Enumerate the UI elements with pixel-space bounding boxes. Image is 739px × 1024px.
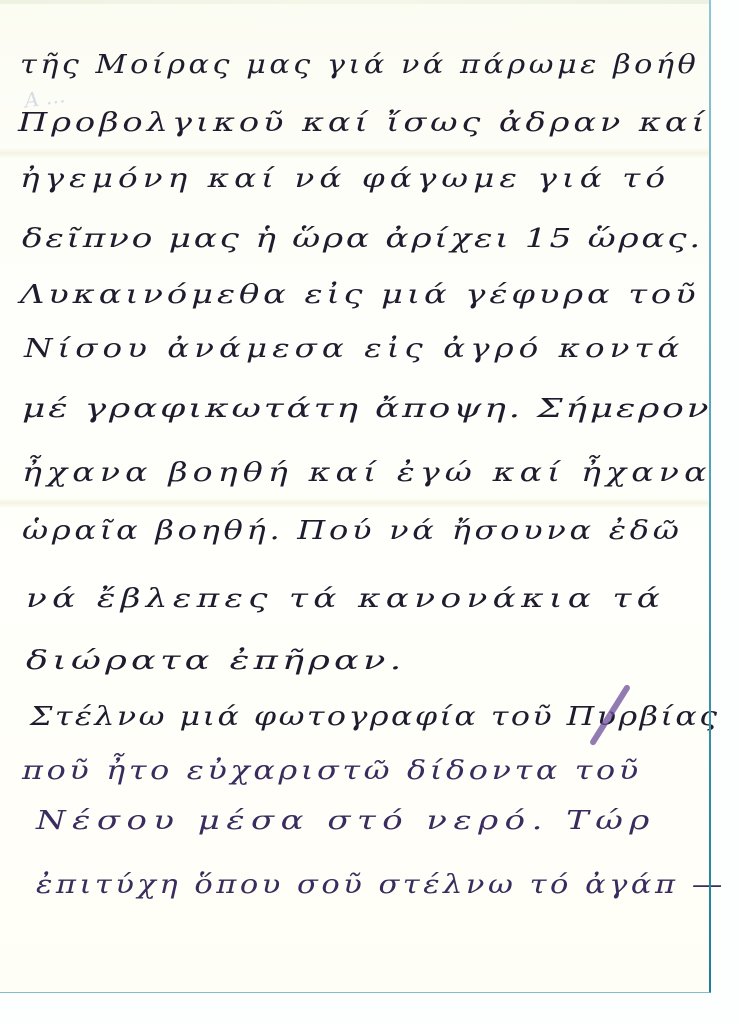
text-line-4: δεῖπνο μας ἡ ὥρα ἀρίχει 15 ὥρας.: [22, 226, 703, 252]
paper-top-edge: [0, 0, 709, 4]
text-line-13: ποῦ ἦτο εὐχαριστῶ δίδοντα τοῦ: [22, 758, 642, 784]
paper-fold-line: [0, 498, 709, 508]
text-line-5: Λυκαινόμεθα εἰς μιά γέφυρα τοῦ: [20, 282, 700, 308]
text-line-10: νά ἔβλεπες τά κανονάκια τά: [26, 586, 665, 612]
text-line-7: μέ γραφικωτάτη ἄποψη. Σήμερον: [22, 396, 711, 422]
paper-fold-line: [0, 148, 709, 158]
text-line-11: διώρατα ἐπῆραν.: [26, 648, 406, 674]
text-line-8: ἦχανα βοηθή καί ἐγώ καί ἦχανα: [22, 460, 712, 486]
text-line-2: Προβολγικοῦ καί ἴσως ἀδραν καί: [18, 110, 709, 136]
letter-page: Α … τῆς Μοίρας μας γιά νά πάρωμε βοήθ Πρ…: [0, 0, 711, 993]
text-line-15: ἐπιτύχη ὅπου σοῦ στέλνω τό ἀγάπ —: [36, 872, 726, 898]
text-line-1: τῆς Μοίρας μας γιά νά πάρωμε βοήθ: [20, 52, 699, 78]
text-line-14: Νέσου μέσα στό νερό. Τώρ: [36, 808, 656, 834]
text-line-6: Νίσου ἀνάμεσα εἰς ἀγρό κοντά: [24, 336, 684, 362]
text-line-3: ἠγεμόνη καί νά φάγωμε γιά τό: [20, 166, 670, 192]
text-line-9: ὡραῖα βοηθή. Πού νά ἤσουνα ἐδῶ: [22, 518, 683, 544]
